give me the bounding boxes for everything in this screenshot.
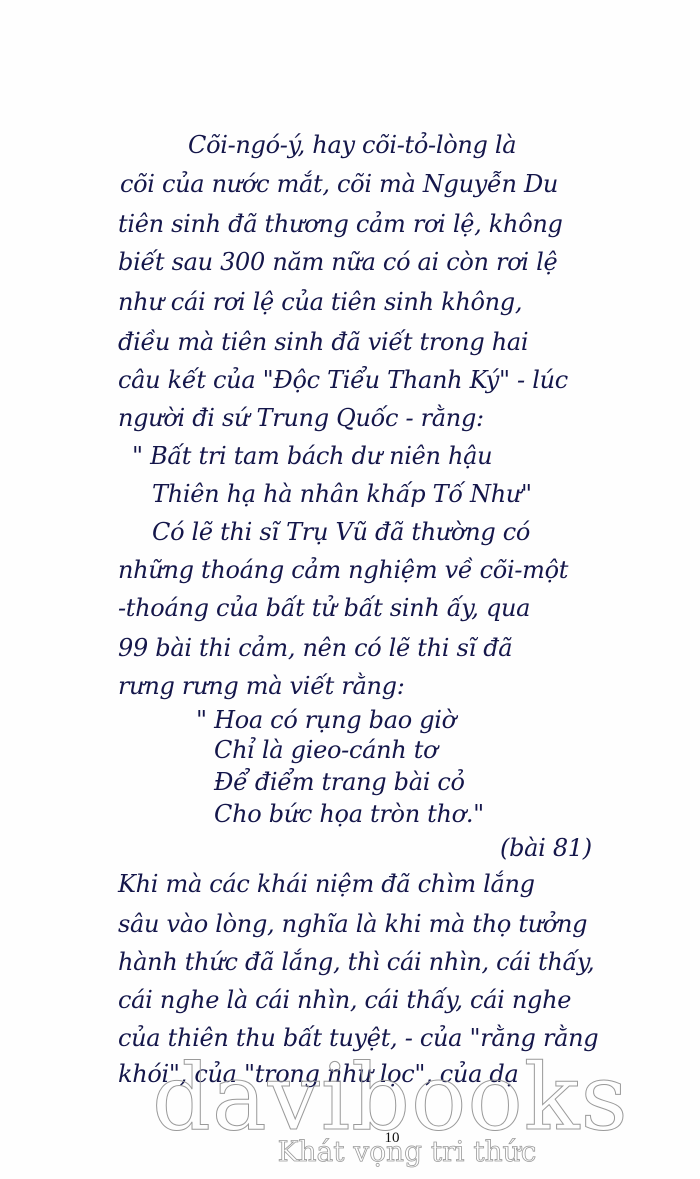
text-line: Có lẽ thi sĩ Trụ Vũ đã thường có (152, 520, 530, 544)
handwritten-page: Cõi-ngó-ý, hay cõi-tỏ-lòng là cõi của nư… (0, 0, 700, 1179)
text-line: cái nghe là cái nhìn, cái thấy, cái nghe (118, 988, 571, 1012)
text-line: câu kết của "Độc Tiểu Thanh Ký" - lúc (118, 368, 568, 392)
verse-line: Thiên hạ hà nhân khấp Tố Như" (152, 482, 532, 506)
text-line: điều mà tiên sinh đã viết trong hai (118, 330, 528, 354)
watermark-brand: davibooks (152, 1052, 552, 1144)
verse-line: " Bất tri tam bách dư niên hậu (132, 444, 492, 468)
text-line: hành thức đã lắng, thì cái nhìn, cái thấ… (118, 950, 594, 974)
text-line: Khi mà các khái niệm đã chìm lắng (118, 872, 535, 896)
text-line: -thoáng của bất tử bất sinh ấy, qua (118, 596, 530, 620)
text-line: cõi của nước mắt, cõi mà Nguyễn Du (120, 172, 558, 196)
poem-line: Để điểm trang bài cỏ (214, 770, 465, 794)
poem-line: " Hoa có rụng bao giờ (196, 708, 456, 732)
poem-line: Cho bức họa tròn thơ." (214, 802, 484, 826)
text-line: người đi sứ Trung Quốc - rằng: (118, 406, 484, 430)
text-line: tiên sinh đã thương cảm rơi lệ, không (118, 212, 563, 236)
text-line: như cái rơi lệ của tiên sinh không, (118, 290, 522, 314)
poem-citation: (bài 81) (500, 836, 592, 860)
text-line: Cõi-ngó-ý, hay cõi-tỏ-lòng là (188, 133, 516, 157)
watermark-slogan: Khát vọng tri thức (262, 1138, 552, 1166)
text-line: sâu vào lòng, nghĩa là khi mà thọ tưởng (118, 912, 587, 936)
poem-line: Chỉ là gieo-cánh tơ (214, 738, 437, 762)
text-line: biết sau 300 năm nữa có ai còn rơi lệ (118, 250, 557, 274)
text-line: 99 bài thi cảm, nên có lẽ thi sĩ đã (118, 636, 512, 660)
text-line: rưng rưng mà viết rằng: (118, 674, 405, 698)
text-line: những thoáng cảm nghiệm về cõi-một (118, 558, 568, 582)
